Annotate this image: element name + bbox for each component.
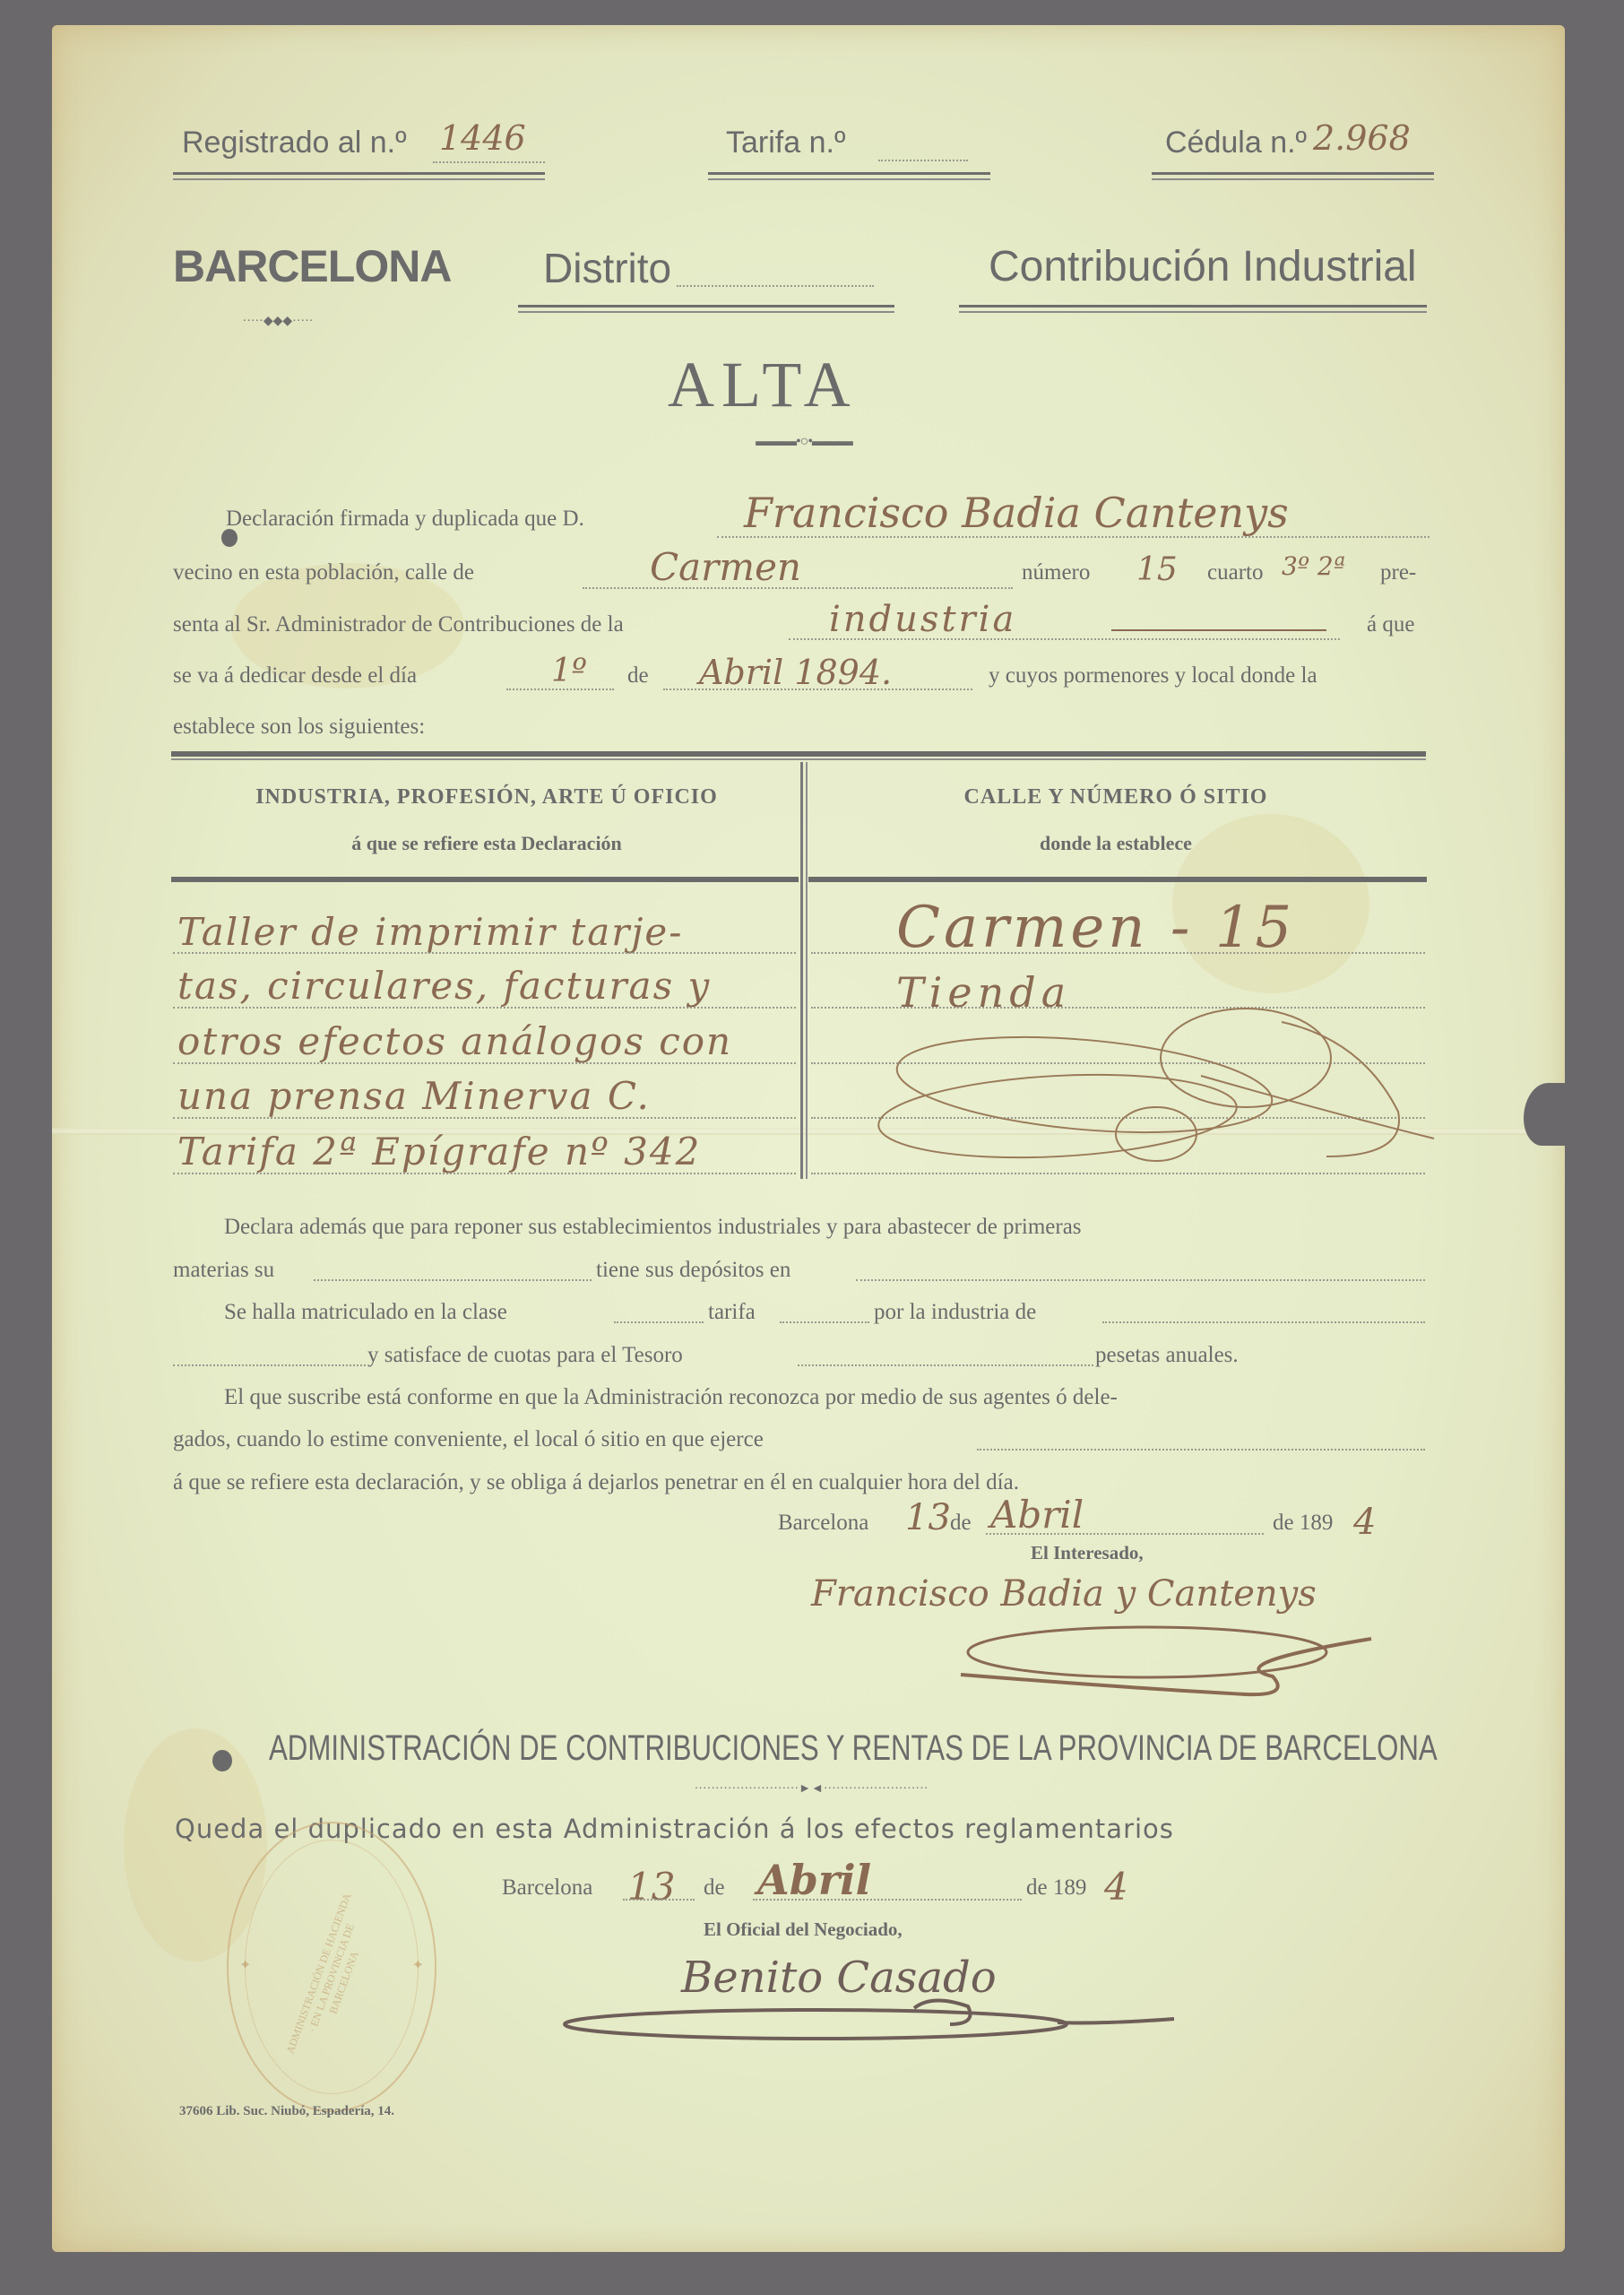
body-p3-line3: á que se refiere esta declaración, y se … [173, 1470, 1019, 1495]
paper-tear [1524, 1083, 1567, 1146]
official-stamp: ADMINISTRACIÓN DE HACIENDA · EN LA PROVI… [227, 1822, 436, 2112]
contribucion-heading: Contribución Industrial [989, 242, 1417, 291]
admin-de2: de 189 [1026, 1875, 1086, 1901]
body-p2-line1-a: Se halla matriculado en la clase [224, 1300, 507, 1325]
numero-value: 15 [1136, 551, 1178, 588]
cedula-underline [1152, 172, 1434, 180]
line3-value: industria [829, 599, 1016, 640]
contribucion-underline [959, 305, 1427, 313]
sig1-role: El Interesado, [1031, 1542, 1144, 1564]
distrito-underline [518, 305, 894, 313]
punch-hole-icon [212, 1750, 232, 1771]
depositos-line [856, 1279, 1425, 1281]
body-p3-line1: El que suscribe está conforme en que la … [224, 1385, 1118, 1410]
declaration-line3-label: senta al Sr. Administrador de Contribuci… [173, 612, 624, 637]
de-label: de [627, 663, 649, 688]
body-p1-line2-a: materias su [173, 1258, 274, 1283]
admin-month: Abril [757, 1856, 871, 1904]
declaration-line4-end: y cuyos pormenores y local donde la [989, 663, 1317, 688]
materias-line [314, 1279, 592, 1281]
body-p2-line2-b: pesetas anuales. [1095, 1343, 1239, 1368]
industry-line-4: una prensa Minerva C. [177, 1074, 651, 1118]
col2-subheader: donde la establece [807, 832, 1425, 855]
cuotas-prefix-line [173, 1364, 366, 1366]
body-p2-line1-c: por la industria de [874, 1300, 1036, 1325]
industry-line-1: Taller de imprimir tarje- [177, 910, 683, 954]
declaration-line5: establece son los siguientes: [173, 714, 425, 740]
declaration-line3-end: á que [1367, 612, 1414, 637]
cuarto-label: cuarto [1207, 560, 1263, 585]
table-header-rule-right [808, 877, 1427, 882]
col2-header: CALLE Y NÚMERO Ó SITIO [807, 785, 1425, 810]
sig1-place: Barcelona [778, 1511, 868, 1536]
admin-place: Barcelona [502, 1875, 592, 1901]
dia-value: 1º [551, 653, 587, 689]
start-date-line [663, 688, 972, 690]
sig1-de2: de 189 [1273, 1511, 1333, 1536]
body-p3-line2: gados, cuando lo estime conveniente, el … [173, 1427, 764, 1452]
printer-imprint: 37606 Lib. Suc. Niubó, Espadería, 14. [179, 2104, 394, 2119]
body-p1-line1: Declara además que para reponer sus esta… [224, 1215, 1082, 1240]
sig1-year-suffix: 4 [1353, 1502, 1376, 1543]
admin-signature: Benito Casado [681, 1953, 997, 2003]
admin-year-suffix: 4 [1104, 1865, 1128, 1909]
distrito-field-line [677, 285, 874, 287]
table-top-rule [171, 751, 1426, 757]
sig1-month-line [986, 1533, 1264, 1535]
registrado-field-line [433, 161, 545, 163]
table-column-divider [800, 762, 803, 1179]
sig1-de1: de [950, 1511, 972, 1536]
sig1-flourish-icon [950, 1621, 1380, 1702]
tarifa-line [780, 1321, 869, 1323]
declarant-name-line [717, 536, 1430, 538]
declaration-line1-label: Declaración firmada y duplicada que D. [226, 507, 584, 532]
street-value: Carmen [650, 545, 801, 589]
location-line-1: Carmen - 15 [896, 895, 1295, 961]
table-header-rule-left [171, 877, 799, 882]
cedula-label: Cédula n.º [1165, 126, 1307, 160]
tarifa-field-line [878, 160, 968, 161]
sig1-signature: Francisco Badia y Cantenys [811, 1573, 1317, 1615]
tarifa-underline [708, 172, 990, 180]
city-heading: BARCELONA [173, 240, 451, 292]
tarifa-label: Tarifa n.º [726, 126, 845, 160]
col1-header: INDUSTRIA, PROFESIÓN, ARTE Ú OFICIO [173, 785, 800, 810]
industry-line-3: otros efectos análogos con [177, 1019, 732, 1063]
admin-role: El Oficial del Negociado, [704, 1918, 903, 1941]
declaration-line4-label: se va á dedicar desde el día [173, 663, 417, 688]
location-rule-1 [811, 952, 1425, 954]
registrado-label: Registrado al n.º [182, 126, 407, 160]
title-ornament-icon: ▬▬▬•○•▬▬▬ [737, 434, 871, 450]
industria-line [1102, 1321, 1425, 1323]
admin-de1: de [704, 1875, 725, 1901]
col1-subheader: á que se refiere esta Declaración [173, 832, 800, 855]
street-line [583, 587, 1013, 589]
sig1-day: 13 [905, 1497, 951, 1538]
admin-day: 13 [627, 1865, 675, 1909]
sig1-month: Abril [990, 1493, 1084, 1537]
industry-line-5: Tarifa 2ª Epígrafe nº 342 [177, 1130, 701, 1173]
document-title: ALTA [668, 348, 858, 422]
distrito-label: Distrito [543, 244, 671, 292]
declarant-name: Francisco Badia Cantenys [744, 489, 1289, 537]
stamp-star-icon: ✦ [239, 1956, 251, 1974]
body-p2-line1-b: tarifa [708, 1300, 756, 1325]
start-date-value: Abril 1894. [699, 653, 892, 692]
industry-rule-2 [173, 1007, 796, 1009]
industry-line-2: tas, circulares, facturas y [177, 964, 711, 1008]
declaration-line2-end: pre- [1380, 560, 1416, 585]
stamp-star-icon: ✦ [412, 1956, 424, 1974]
industry-rule-1 [173, 952, 796, 954]
line3-value-stroke [1111, 629, 1326, 631]
admin-month-line [753, 1899, 1022, 1901]
industry-rule-4 [173, 1117, 796, 1119]
admin-heading: ADMINISTRACIÓN DE CONTRIBUCIONES Y RENTA… [269, 1728, 1438, 1769]
body-p1-line2-b: tiene sus depósitos en [596, 1258, 790, 1283]
table-column-divider-thin [806, 762, 808, 1179]
industry-rule-5 [173, 1173, 796, 1174]
cuarto-value: 3º 2ª [1282, 551, 1345, 581]
tesoro-line [798, 1364, 1093, 1366]
industry-rule-3 [173, 1062, 796, 1064]
dia-line [506, 688, 614, 690]
body-p2-line2-a: y satisface de cuotas para el Tesoro [367, 1343, 683, 1368]
admin-ornament-icon: ·························►◄·············… [650, 1782, 972, 1797]
registrado-underline [173, 172, 545, 180]
table-top-rule-thin [171, 758, 1426, 760]
declaration-line2-label: vecino en esta población, calle de [173, 560, 474, 585]
ejerce-line [977, 1449, 1425, 1451]
numero-label: número [1022, 560, 1090, 585]
admin-day-line [623, 1899, 695, 1901]
city-ornament-icon: ·····◆◆◆····· [215, 314, 341, 329]
clase-line [614, 1321, 704, 1323]
registrado-value: 1446 [439, 118, 526, 158]
cedula-value: 2.968 [1313, 118, 1411, 158]
flourish-icon [860, 1004, 1452, 1201]
admin-flourish-icon [556, 1997, 1183, 2060]
punch-hole-icon [221, 529, 238, 547]
line3-line [789, 638, 1340, 640]
